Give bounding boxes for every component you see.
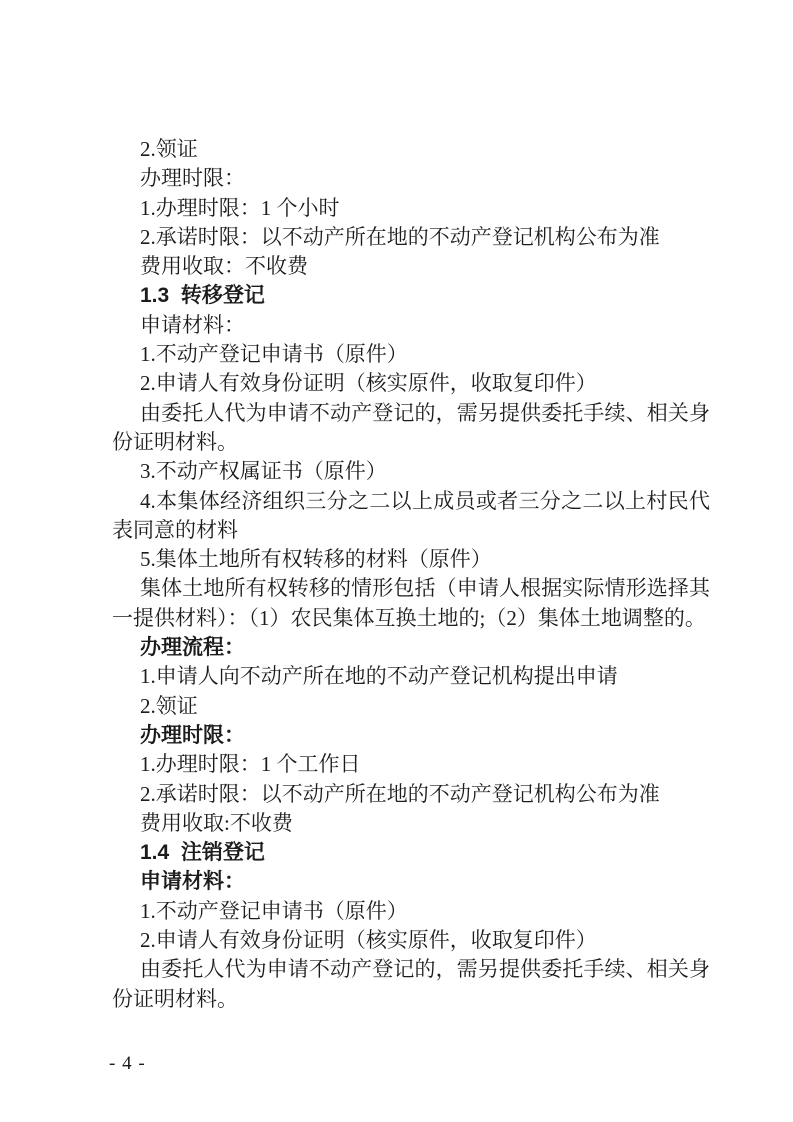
document-line: 由委托人代为申请不动产登记的，需另提供委托手续、相关身: [112, 955, 710, 984]
document-line: 申请材料：: [112, 311, 710, 340]
document-line: 份证明材料。: [112, 428, 710, 457]
document-line: 1.申请人向不动产所在地的不动产登记机构提出申请: [112, 662, 710, 691]
document-line: 由委托人代为申请不动产登记的，需另提供委托手续、相关身: [112, 399, 710, 428]
document-line: 1.3 转移登记: [112, 281, 710, 310]
document-line: 集体土地所有权转移的情形包括（申请人根据实际情形选择其: [112, 574, 710, 603]
document-line: 申请材料：: [112, 867, 710, 896]
document-line: 2.承诺时限：以不动产所在地的不动产登记机构公布为准: [112, 223, 710, 252]
document-line: 费用收取：不收费: [112, 252, 710, 281]
document-line: 1.办理时限：1 个小时: [112, 194, 710, 223]
document-line: 份证明材料。: [112, 985, 710, 1014]
document-line: 办理时限：: [112, 164, 710, 193]
document-line: 一提供材料）：（1）农民集体互换土地的;（2）集体土地调整的。: [112, 604, 710, 633]
document-line: 办理时限：: [112, 721, 710, 750]
document-line: 办理流程：: [112, 633, 710, 662]
document-line: 2.申请人有效身份证明（核实原件，收取复印件）: [112, 926, 710, 955]
document-line: 4.本集体经济组织三分之二以上成员或者三分之二以上村民代: [112, 487, 710, 516]
document-line: 3.不动产权属证书（原件）: [112, 457, 710, 486]
document-line: 5.集体土地所有权转移的材料（原件）: [112, 545, 710, 574]
document-line: 2.领证: [112, 135, 710, 164]
document-line: 1.不动产登记申请书（原件）: [112, 340, 710, 369]
document-line: 2.领证: [112, 692, 710, 721]
document-line: 1.4 注销登记: [112, 838, 710, 867]
document-line: 1.不动产登记申请书（原件）: [112, 897, 710, 926]
document-page: 2.领证办理时限：1.办理时限：1 个小时2.承诺时限：以不动产所在地的不动产登…: [0, 0, 793, 1122]
document-line: 表同意的材料: [112, 516, 710, 545]
document-line: 2.申请人有效身份证明（核实原件，收取复印件）: [112, 369, 710, 398]
document-line: 1.办理时限：1 个工作日: [112, 750, 710, 779]
document-line: 2.承诺时限：以不动产所在地的不动产登记机构公布为准: [112, 780, 710, 809]
document-body: 2.领证办理时限：1.办理时限：1 个小时2.承诺时限：以不动产所在地的不动产登…: [112, 135, 710, 1014]
page-number: - 4 -: [109, 1049, 146, 1078]
document-line: 费用收取:不收费: [112, 809, 710, 838]
